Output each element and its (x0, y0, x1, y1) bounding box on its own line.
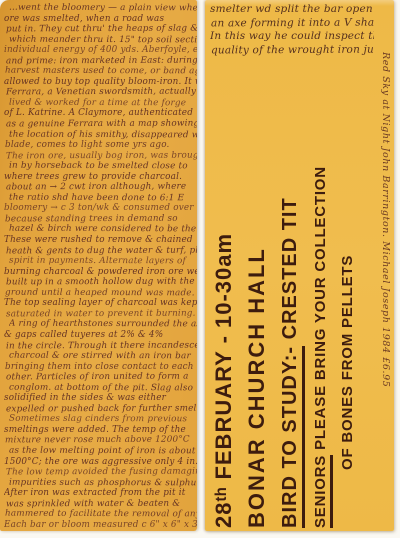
handwritten-line: blade, comes to light some yrs ago. (5, 140, 197, 151)
handwritten-line: The low temp avoided the fusing damaging (6, 467, 197, 478)
handwritten-line: charcoal & ore stirred with an iron bar (9, 351, 197, 362)
handwritten-line: A ring of hearthstones surrounded the as… (9, 319, 197, 330)
announcement-text: 28ᵗʰ FEBRUARY - 10-30am (211, 233, 236, 528)
cursive-line: an axe forming it into a V shape. (211, 16, 374, 30)
handwritten-line: Each bar or bloom measured c 6" x 6" x 3… (4, 520, 197, 531)
handwritten-line: of L. Katrine. A Claymore, authenticated (4, 108, 197, 119)
handwritten-line: ground until a heaped mound was made. (5, 287, 197, 298)
announcement-line: 28ᵗʰ FEBRUARY - 10-30am (207, 176, 240, 528)
announcement-underlined-text: SENIORS (312, 455, 333, 528)
cursive-line: In this way he could inspect the (210, 30, 374, 44)
announcement-text: CRESTED TIT (279, 197, 301, 346)
announcement-text: OF BONES FROM PELLETS (339, 255, 356, 470)
note-top-paragraph: smelter wd split the bar open with an ax… (210, 3, 374, 57)
announcement-line: BIRD TO STUDY:- CRESTED TIT (274, 176, 307, 528)
handwritten-line: in by horseback to be smelted close to (9, 161, 197, 172)
handwritten-line: …went the bloomery — a plain view where (9, 3, 197, 14)
handwritten-line: solidified in the sides & was either (4, 393, 197, 404)
handwritten-line: ore was smelted, when a road was (4, 14, 197, 25)
scanned-notes-background: { "colors": { "scan-bg": "#faf8f2", "lef… (0, 0, 400, 538)
handwritten-line: harvest masters used to come, or band ag… (5, 66, 197, 77)
handwritten-line: Ferrara, a Venetian swordsmith, actually (6, 87, 197, 98)
announcement-text-block: 28ᵗʰ FEBRUARY - 10-30am BONAR CHURCH HAL… (207, 176, 365, 528)
handwritten-line: burning charcoal & powdered iron ore wer… (4, 267, 197, 278)
left-note-page: …went the bloomery — a plain view where … (0, 0, 197, 531)
handwritten-line: about an → 2 cwt iron although, where (6, 182, 197, 193)
announcement-line: OF BONES FROM PELLETS (335, 176, 361, 528)
right-note-page: smelter wd split the bar open with an ax… (205, 0, 394, 531)
handwritten-line: hammered to facilitate the removal of an… (5, 509, 197, 520)
handwritten-line: the location of his smithy, disappeared … (9, 129, 197, 140)
announcement-line: SENIORS PLEASE BRING YOUR COLLECTION (307, 176, 335, 528)
handwritten-line: other. Particles of iron united to form … (6, 372, 197, 383)
handwritten-line: as a genuine Ferrara with a map showing (6, 119, 197, 130)
announcement-text: BONAR CHURCH HALL (244, 247, 269, 528)
handwritten-line: These were rushed to remove & chained (4, 235, 197, 246)
handwritten-line: & gaps called tuyeres at 2% & 4% (4, 330, 197, 341)
book-reference-sidenote: Red Sky at Night John Barrington. Michae… (380, 52, 391, 524)
handwritten-line: bloomery → c 3 ton/wk & consumed over (4, 203, 197, 214)
handwritten-line: as the low melting point of iron is abou… (9, 446, 197, 457)
handwritten-line: 1500°C; the ore was aggressive only 4 in… (4, 457, 197, 468)
handwritten-line: bringing them into close contact to each (5, 362, 197, 373)
announcement-line: BONAR CHURCH HALL (240, 176, 274, 528)
handwritten-line: impurities such as phosphorus & sulphur. (9, 477, 197, 488)
handwritten-line: built up in a smooth hollow dug with the (6, 277, 197, 288)
handwritten-line: mixture never rose much above 1200°C (5, 435, 197, 446)
cursive-line: smelter wd split the bar open with (210, 3, 374, 17)
handwritten-line: After iron was extracted from the pit it (4, 488, 197, 499)
handwritten-text-block: …went the bloomery — a plain view where … (0, 0, 197, 530)
handwritten-line: where trees grew to provide charcoal. (4, 172, 197, 183)
handwritten-line: conglom. at bottom of the pit. Slag also (9, 382, 197, 393)
cursive-line: quality of the wrought iron just produ. (211, 43, 374, 57)
announcement-underlined-text: BIRD TO STUDY:- (279, 346, 305, 528)
handwritten-line: put in. They cut thru' the heaps of slag… (6, 24, 197, 35)
handwritten-line: hazel & birch were considered to be the … (9, 224, 197, 235)
handwritten-line: which meander thru it. 15" top soil sect… (9, 34, 197, 45)
handwritten-line: the ratio shd have been done to 6:1 E (9, 193, 197, 204)
handwritten-line: individual energy of 400 yds. Aberfoyle,… (4, 45, 197, 56)
handwritten-line: lived & worked for a time at the forge (9, 98, 197, 109)
handwritten-line: in the circle. Through it there incandes… (6, 340, 197, 351)
handwritten-line: The top sealing layer of charcoal was ke… (4, 298, 197, 309)
rotated-announcement: 28ᵗʰ FEBRUARY - 10-30am BONAR CHURCH HAL… (207, 176, 365, 528)
handwritten-line: Sometimes slag cinders from previous (9, 414, 197, 425)
handwritten-line: spirit in payments. Alternate layers of (9, 256, 197, 267)
announcement-text: PLEASE BRING YOUR COLLECTION (312, 166, 329, 455)
